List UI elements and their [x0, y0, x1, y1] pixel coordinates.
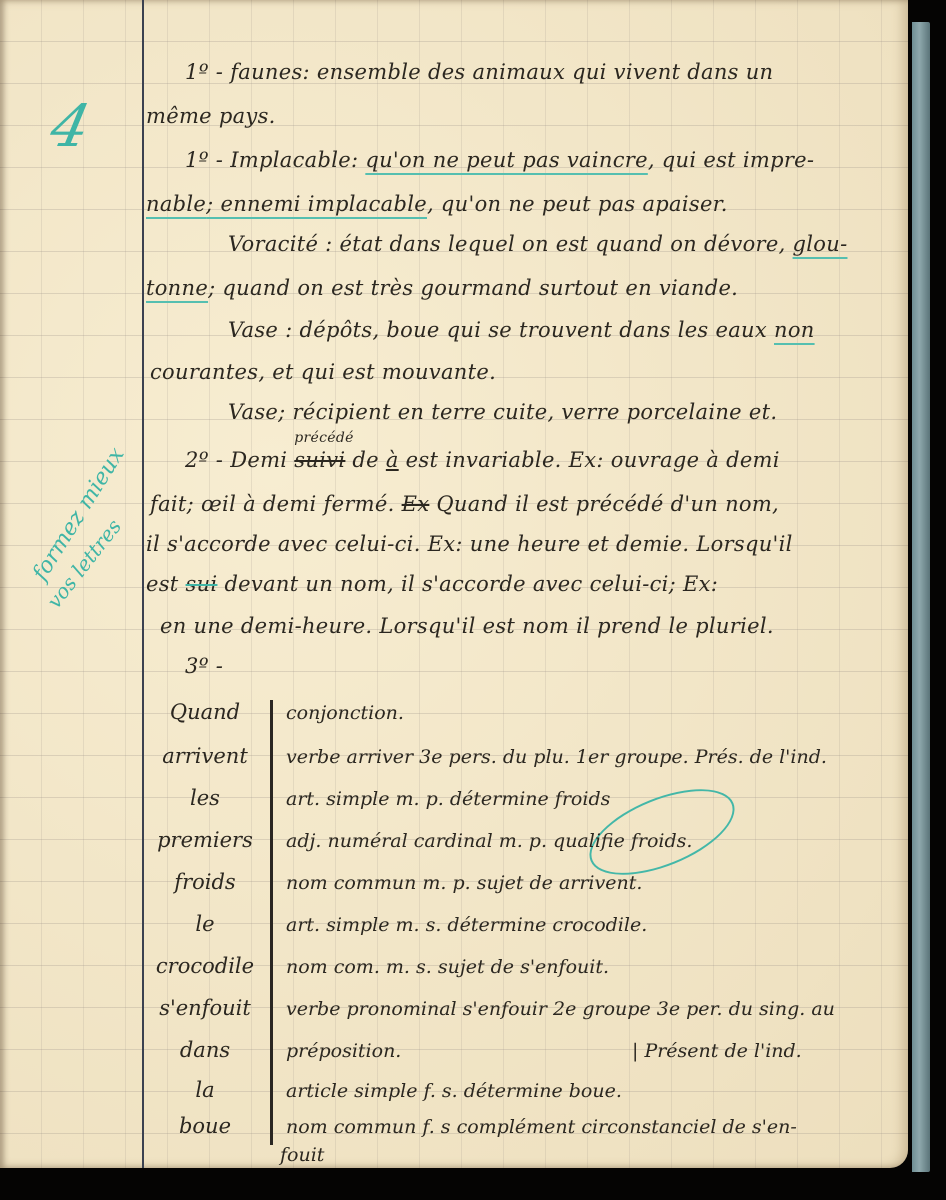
s1-def-vase-2: récipient en terre cuite, verre porcelai…	[293, 400, 778, 424]
s1-line7: Vase : dépôts, boue qui se trouvent dans…	[228, 318, 815, 342]
s2-line4: est sui devant un nom, il s'accorde avec…	[146, 572, 718, 596]
s1-def-implacable: qu'on ne peut pas vaincre	[365, 148, 648, 172]
s2-rule2: Quand il est précédé d'un nom,	[436, 492, 779, 516]
s1-def-voracite-tonne: tonne	[146, 276, 208, 300]
s3-analysis: nom commun f. s complément circonstancie…	[286, 1116, 797, 1138]
s3-word: les	[150, 786, 260, 810]
s2-de: de	[352, 448, 378, 472]
s2-rule4: en une demi-heure. Lorsqu'il est nom il …	[160, 614, 774, 638]
s2-struck-sui: sui	[186, 572, 218, 596]
s1-def-vase: dépôts, boue qui se trouvent dans les ea…	[300, 318, 768, 342]
s1-def-implacable-c: , qu'on ne peut pas apaiser.	[427, 192, 728, 216]
s1-line4: nable; ennemi implacable, qu'on ne peut …	[146, 192, 728, 216]
s2-num: 2º -	[185, 448, 223, 472]
s1-def-imprenable-end: nable	[146, 192, 206, 216]
s1-def-vase-non: non	[774, 318, 815, 342]
margin-line	[142, 0, 144, 1168]
s3-word: froids	[150, 870, 260, 894]
notebook-page: 4 formez mieux vos lettres 1º - faunes: …	[0, 0, 908, 1168]
s2-a: à	[386, 448, 399, 472]
s2-example1: fait; œil à demi fermé.	[150, 492, 395, 516]
s2-line1: 2º - Demi suivi précédé de à est invaria…	[185, 448, 780, 472]
s1-def-voracite-glou: glou-	[793, 232, 848, 256]
s3-analysis: verbe arriver 3e pers. du plu. 1er group…	[286, 746, 827, 768]
s3-word: Quand	[150, 700, 260, 724]
s1-line6: tonne; quand on est très gourmand surtou…	[146, 276, 738, 300]
s1-def-implacable-b: , qui est impre-	[648, 148, 814, 172]
s3-num: 3º -	[185, 654, 223, 678]
s1-def-vase-cont: courantes, et qui est mouvante.	[150, 360, 496, 384]
s1-line5: Voracité : état dans lequel on est quand…	[228, 232, 847, 256]
s3-analysis: adj. numéral cardinal m. p. qualifie fro…	[286, 830, 692, 852]
s1-num-2: 1º -	[185, 148, 223, 172]
s1-num: 1º -	[185, 60, 223, 84]
s3-word: premiers	[150, 828, 260, 852]
s3-analysis: verbe pronominal s'enfouir 2e groupe 3e …	[286, 998, 835, 1020]
s2-est: est	[146, 572, 179, 596]
s3-analysis: conjonction.	[286, 702, 404, 724]
s2-rule2-cont: il s'accorde avec celui-ci. Ex: une heur…	[146, 532, 793, 556]
s3-word: crocodile	[150, 954, 260, 978]
s3-analysis: article simple f. s. détermine boue.	[286, 1080, 622, 1102]
s1-def-voracite-b: ; quand on est très gourmand surtout en …	[208, 276, 738, 300]
s2-struck-word: suivi	[294, 448, 345, 472]
s3-word: arrivent	[150, 744, 260, 768]
s3-analysis: préposition.	[286, 1040, 401, 1062]
s1-term-vase: Vase :	[228, 318, 293, 342]
s1-def-faunes: ensemble des animaux qui vivent dans un	[317, 60, 773, 84]
s2-term-demi: Demi	[230, 448, 287, 472]
s3-analysis: nom com. m. s. sujet de s'enfouit.	[286, 956, 609, 978]
s1-line2: même pays.	[146, 104, 276, 128]
s1-line8: courantes, et qui est mouvante.	[150, 360, 496, 384]
s1-line1: 1º - faunes: ensemble des animaux qui vi…	[185, 60, 773, 84]
notebook-cover-edge	[912, 22, 930, 1172]
s2-rule3: devant un nom, il s'accorde avec celui-c…	[224, 572, 718, 596]
s2-correction-above: précédé	[294, 430, 353, 446]
s3-analysis: nom commun m. p. sujet de arrivent.	[286, 872, 642, 894]
s1-def-faunes-cont: même pays.	[146, 104, 276, 128]
s3-word: le	[150, 912, 260, 936]
s2-line3: il s'accorde avec celui-ci. Ex: une heur…	[146, 532, 793, 556]
s3-analysis: art. simple m. p. détermine froids	[286, 788, 610, 810]
s1-term-faunes: faunes:	[230, 60, 310, 84]
s2-rule1: est invariable. Ex: ouvrage à demi	[406, 448, 780, 472]
s3-word: dans	[150, 1038, 260, 1062]
s1-example-implacable: ; ennemi implacable	[206, 192, 427, 216]
s1-term-vase-2: Vase;	[228, 400, 286, 424]
s3-word: boue	[150, 1114, 260, 1138]
s1-line9: Vase; récipient en terre cuite, verre po…	[228, 400, 777, 424]
s3-word: la	[150, 1078, 260, 1102]
s1-term-implacable: Implacable:	[230, 148, 358, 172]
s2-line2: fait; œil à demi fermé. Ex Quand il est …	[150, 492, 779, 516]
s3-analysis: art. simple m. s. détermine crocodile.	[286, 914, 647, 936]
s2-struck-ex: Ex	[402, 492, 430, 516]
s1-def-voracite: état dans lequel on est quand on dévore,	[340, 232, 786, 256]
s2-correction: suivi précédé	[294, 448, 345, 472]
s1-term-voracite: Voracité :	[228, 232, 333, 256]
s3-analysis-extra: | Présent de l'ind.	[632, 1040, 802, 1062]
s1-line3: 1º - Implacable: qu'on ne peut pas vainc…	[185, 148, 814, 172]
s3-continuation: fouit	[280, 1144, 324, 1166]
s2-line5: en une demi-heure. Lorsqu'il est nom il …	[160, 614, 774, 638]
grade-mark: 4	[45, 92, 96, 160]
analysis-divider	[270, 700, 273, 1145]
s3-word: s'enfouit	[150, 996, 260, 1020]
